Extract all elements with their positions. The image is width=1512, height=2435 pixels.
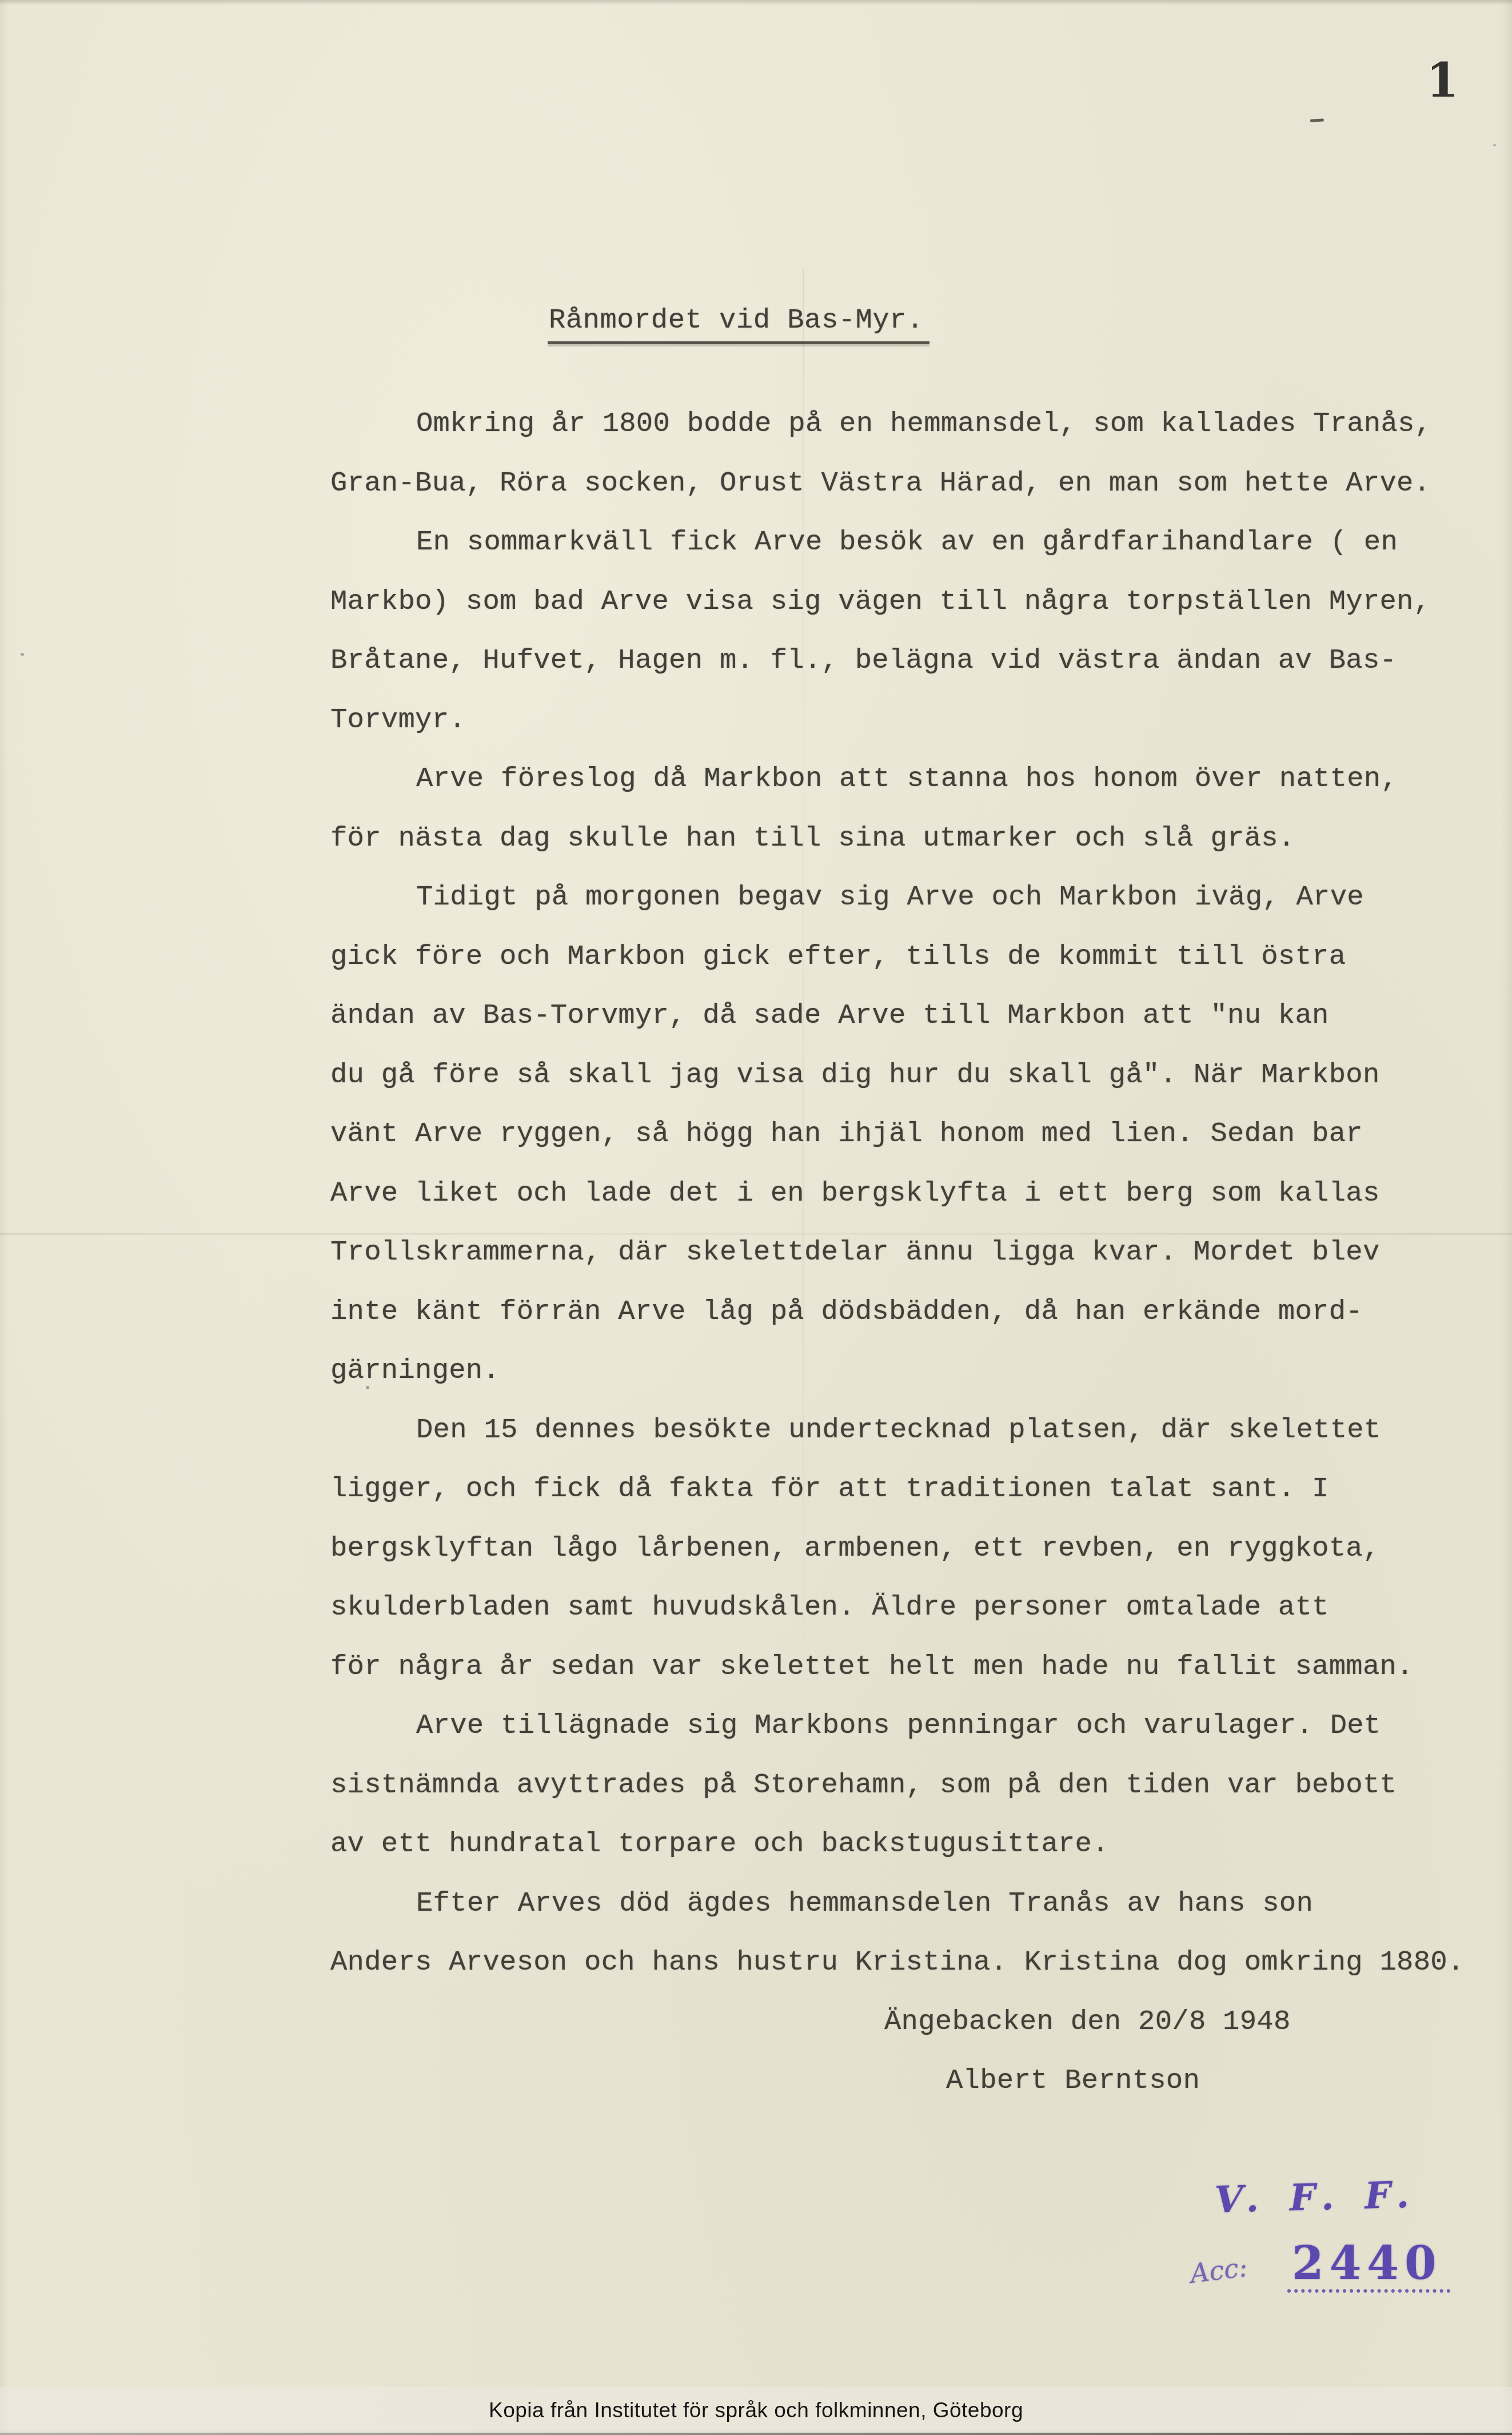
pencil-dash-mark	[1310, 118, 1324, 122]
stamp-accession-number: 2440	[1287, 2240, 1450, 2293]
paper-speck	[1493, 144, 1496, 146]
body-line: gick före och Markbon gick efter, tills …	[330, 927, 1491, 987]
dateline: Ängebacken den 20/8 1948	[330, 1992, 1491, 2052]
body-line: sistnämnda avyttrades på Storehamn, som …	[330, 1756, 1491, 1815]
body-line: bergsklyftan lågo lårbenen, armbenen, et…	[330, 1519, 1491, 1579]
stamp-accession-label: Acc:	[1189, 2254, 1249, 2287]
body-line: vänt Arve ryggen, så högg han ihjäl hono…	[330, 1105, 1491, 1164]
body-line: Torvmyr.	[330, 691, 1491, 750]
body-line: du gå före så skall jag visa dig hur du …	[330, 1046, 1491, 1105]
paper-speck	[21, 653, 24, 656]
body-line: för nästa dag skulle han till sina utmar…	[330, 809, 1491, 868]
stamp-org-initials: V. F. F.	[1214, 2177, 1418, 2218]
body-line: Trollskrammerna, där skelettdelar ännu l…	[330, 1223, 1491, 1282]
body-line: Arve föreslog då Markbon att stanna hos …	[330, 750, 1491, 809]
body-line: ändan av Bas-Torvmyr, då sade Arve till …	[330, 986, 1491, 1046]
body-line: En sommarkväll fick Arve besök av en går…	[330, 513, 1491, 572]
body-line: inte känt förrän Arve låg på dödsbädden,…	[330, 1282, 1491, 1342]
body-line: Bråtane, Hufvet, Hagen m. fl., belägna v…	[330, 631, 1491, 691]
body-line: Anders Arveson och hans hustru Kristina.…	[330, 1933, 1491, 1992]
body-line: gärningen.	[330, 1341, 1491, 1401]
body-line: Arve liket och lade det i en bergsklyfta…	[330, 1164, 1491, 1224]
signature: Albert Berntson	[330, 2051, 1491, 2111]
scan-copy-notice: Kopia från Institutet för språk och folk…	[0, 2398, 1512, 2422]
body-line: Efter Arves död ägdes hemmansdelen Tranå…	[330, 1874, 1491, 1934]
body-line: Markbo) som bad Arve visa sig vägen till…	[330, 572, 1491, 632]
document-title: Rånmordet vid Bas-Myr.	[548, 304, 929, 344]
body-line: Gran-Bua, Röra socken, Orust Västra Hära…	[330, 454, 1491, 513]
body-line: ligger, och fick då fakta för att tradit…	[330, 1460, 1491, 1519]
document-body: Omkring år 1800 bodde på en hemmansdel, …	[330, 394, 1491, 2111]
scan-bottom-edge	[0, 2433, 1512, 2435]
body-line: Den 15 dennes besökte undertecknad plats…	[330, 1401, 1491, 1460]
body-line: för några år sedan var skelettet helt me…	[330, 1637, 1491, 1697]
scanned-page: 1 Rånmordet vid Bas-Myr. Omkring år 1800…	[0, 0, 1512, 2435]
page-number: 1	[1426, 57, 1459, 104]
body-line: skulderbladen samt huvudskålen. Äldre pe…	[330, 1578, 1491, 1637]
body-line: av ett hundratal torpare och backstugusi…	[330, 1815, 1491, 1874]
body-line: Tidigt på morgonen begav sig Arve och Ma…	[330, 868, 1491, 927]
body-line: Arve tillägnade sig Markbons penningar o…	[330, 1696, 1491, 1756]
body-line: Omkring år 1800 bodde på en hemmansdel, …	[330, 394, 1491, 454]
